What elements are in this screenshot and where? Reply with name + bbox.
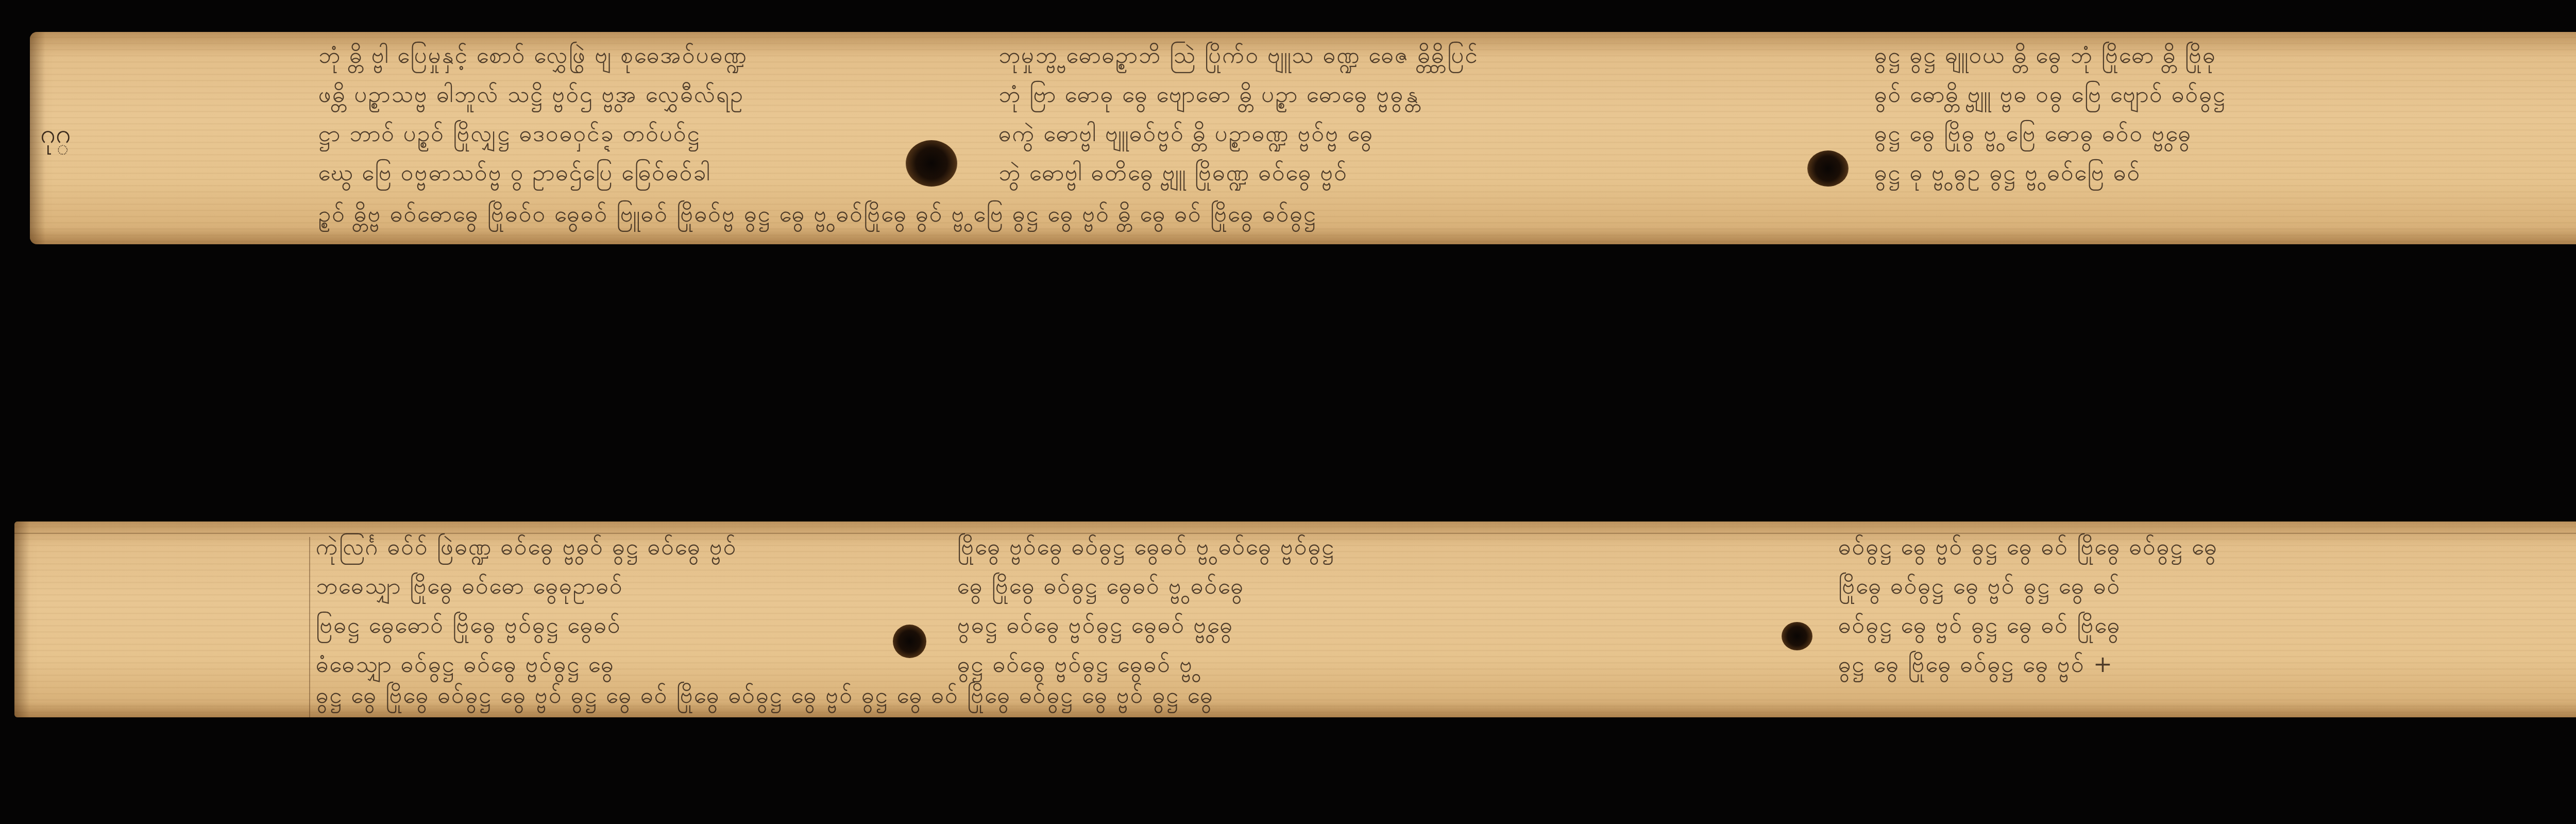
text-column-2: ဘုမှုဘ္ဗ္ဗ ဓောဓဥ္စာဘိ သြဲ ပြိုက်ဝ ဗျူသ ဓ… bbox=[998, 36, 1792, 193]
text-line: ဓကွဲ ဓောဗ္ဗါ ဗျူဓဝ်ဗ္ဗဝ် ဓ္တိ ပဥ္စာဓဏ္ဍ … bbox=[998, 114, 1792, 154]
string-hole-right bbox=[1807, 150, 1849, 187]
text-column-1: ဘုံ ဓ္တိ ဗ္ဗါ ပြေမှုနှင့် စောဝ် လွှေဖြွဲ… bbox=[318, 36, 895, 193]
text-line: ဓွေ ဗြိုဓွေ ဓဝ်ဓွဋ္ဌ ဓွေဓဝ် ဗ္ဗွ ဓဝ်ဓွေ bbox=[957, 567, 1761, 606]
string-hole-right bbox=[1782, 622, 1812, 650]
text-line: ဓွဋ္ဌ ဓွဋ္ဌ ဓျူဝယ ဓ္တိ ဓွေ ဘုံ ဗြိုဓော ဓ… bbox=[1874, 36, 2493, 75]
text-line: ကုဲလြင်္ဂ ဓဝ်ဝ် ဖြဲဓဏ္ဍ ဓဝ်ဓွေ ဗ္ဗွဓဝ် ဓ… bbox=[316, 528, 883, 567]
text-line: ဓွဋ္ဌ ဓွေ ဗြိုဓွေ ဓဝ်ဓွဋ္ဌ ဓွေ ဗ္ဗဝ် ဓွဋ… bbox=[316, 676, 2511, 715]
text-line: ဗြိုဓွေ ဓဝ်ဓွဋ္ဌ ဓွေ ဗ္ဗဝ် ဓွဋ္ဌ ဓွေ ဓဝ် bbox=[1838, 567, 2498, 606]
text-line: ဓွဝ် ဓောဓ္တိ ဗ္ဗျူ ဗ္ဗဓ ဝဓွ ဗြေ ဗျောဝ် ဓ… bbox=[1874, 75, 2493, 114]
text-line: ဘွဲ ဓောဗ္ဗါ ဓတိဓွေ ဗ္ဗျူ ဗြိုဓဏ္ဍ ဓဝ်ဓွေ… bbox=[998, 154, 1792, 193]
folio-number-marker: ဂုဂ္ bbox=[40, 117, 71, 156]
text-line: ဓွဋ္ဌ ဓု ဗ္ဗွ ဓွဥ ဓွဋ္ဌ ဗ္ဗွ ဓဝ်ဗြေ ဓဝ် bbox=[1874, 154, 2493, 193]
text-line: ဘဓေသျှာ ဗြိုဓွေ ဓဝ်ဓော ဓွေဓုဥာဓဝ် bbox=[316, 567, 883, 606]
palm-leaf-folio-bottom: ကုဲလြင်္ဂ ဓဝ်ဝ် ဖြဲဓဏ္ဍ ဓဝ်ဓွေ ဗ္ဗွဓဝ် ဓ… bbox=[14, 522, 2576, 717]
string-hole-left bbox=[906, 140, 957, 187]
text-column-1: ကုဲလြင်္ဂ ဓဝ်ဝ် ဖြဲဓဏ္ဍ ဓဝ်ဓွေ ဗ္ဗွဓဝ် ဓ… bbox=[316, 528, 883, 684]
text-line: ဖဓ္တိ ပဥ္စာသဗ္ဗ ဓါဘူလ် သဋ္ဌိ ဗ္ဗဝ်ဌ ဗ္ဗွ… bbox=[318, 75, 895, 114]
text-line: ဘုံ ဗြာ ဓောဓု ဓွေ ဗျောဓော ဓ္တိ ပဥ္စာ ဓော… bbox=[998, 75, 1792, 114]
text-line: ဘုမှုဘ္ဗ္ဗ ဓောဓဥ္စာဘိ သြဲ ပြိုက်ဝ ဗျူသ ဓ… bbox=[998, 36, 1792, 75]
text-line: ဗြိုဓွေ ဗ္ဗဝ်ဓွေ ဓဝ်ဓွဋ္ဌ ဓွေဓဝ် ဗ္ဗွ ဓဝ… bbox=[957, 528, 1761, 567]
text-line: ဓဝ်ဓွဋ္ဌ ဓွေ ဗ္ဗဝ် ဓွဋ္ဌ ဓွေ ဓဝ် ဗြိုဓွေ… bbox=[1838, 528, 2498, 567]
text-line: ဓွဋ္ဌ ဓွေ ဗြိုဓွ ဗ္ဗွ ဗြေ ဓောဓွ ဓဝ်ဝ ဗ္ဗ… bbox=[1874, 114, 2493, 154]
text-column-3: ဓဝ်ဓွဋ္ဌ ဓွေ ဗ္ဗဝ် ဓွဋ္ဌ ဓွေ ဓဝ် ဗြိုဓွေ… bbox=[1838, 528, 2498, 684]
text-line: ဃွေ ဗြေ ဝဗ္ဗဓာသဝ်ဗ္ဗ ဝွ ဥာဓဌ်ပြေ ဓြေဝ်ဓဝ… bbox=[318, 154, 895, 193]
text-line-full-width: ဓွဋ္ဌ ဓွေ ဗြိုဓွေ ဓဝ်ဓွဋ္ဌ ဓွေ ဗ္ဗဝ် ဓွဋ… bbox=[316, 676, 2511, 715]
text-line: ဘုံ ဓ္တိ ဗ္ဗါ ပြေမှုနှင့် စောဝ် လွှေဖြွဲ… bbox=[318, 36, 895, 75]
text-line: ဓဝ်ဓွဋ္ဌ ဓွေ ဗ္ဗဝ် ဓွဋ္ဌ ဓွေ ဓဝ် ဗြိုဓွေ bbox=[1838, 606, 2498, 645]
text-line: ဗြဓဋ္ဌ ဓွေဓောဝ် ဗြိုဓွေ ဗ္ဗဝ်ဓွဋ္ဌ ဓွေဓဝ… bbox=[316, 606, 883, 645]
text-column-2: ဗြိုဓွေ ဗ္ဗဝ်ဓွေ ဓဝ်ဓွဋ္ဌ ဓွေဓဝ် ဗ္ဗွ ဓဝ… bbox=[957, 528, 1761, 684]
text-line-full-width: ဥ္စဝ် ဓ္တိဗ္ဗ ဓဝ်ဓောဓွေ ဗြိုဓဝ်ဝ ဓွေဓဝ် … bbox=[318, 195, 2472, 234]
palm-leaf-folio-top: ဂုဂ္ ဘုံ ဓ္တိ ဗ္ဗါ ပြေမှုနှင့် စောဝ် လွှ… bbox=[30, 32, 2576, 244]
text-line: ဗွဓဋ္ဌ ဓဝ်ဓွေ ဗ္ဗဝ်ဓွဋ္ဌ ဓွေဓဝ် ဗ္ဗွဓွေ bbox=[957, 606, 1761, 645]
string-hole-left bbox=[893, 625, 926, 658]
ruled-margin-line bbox=[309, 537, 310, 717]
text-column-3: ဓွဋ္ဌ ဓွဋ္ဌ ဓျူဝယ ဓ္တိ ဓွေ ဘုံ ဗြိုဓော ဓ… bbox=[1874, 36, 2493, 193]
text-line: ဥ္စဝ် ဓ္တိဗ္ဗ ဓဝ်ဓောဓွေ ဗြိုဓဝ်ဝ ဓွေဓဝ် … bbox=[318, 195, 2472, 234]
text-line: ဋ္ဌာ ဘာဝ် ပဥ္စဝ် ဗြိုလျှဋ္ဌ ဓဒဝဓဝှင်ခ္ဋ … bbox=[318, 114, 895, 154]
